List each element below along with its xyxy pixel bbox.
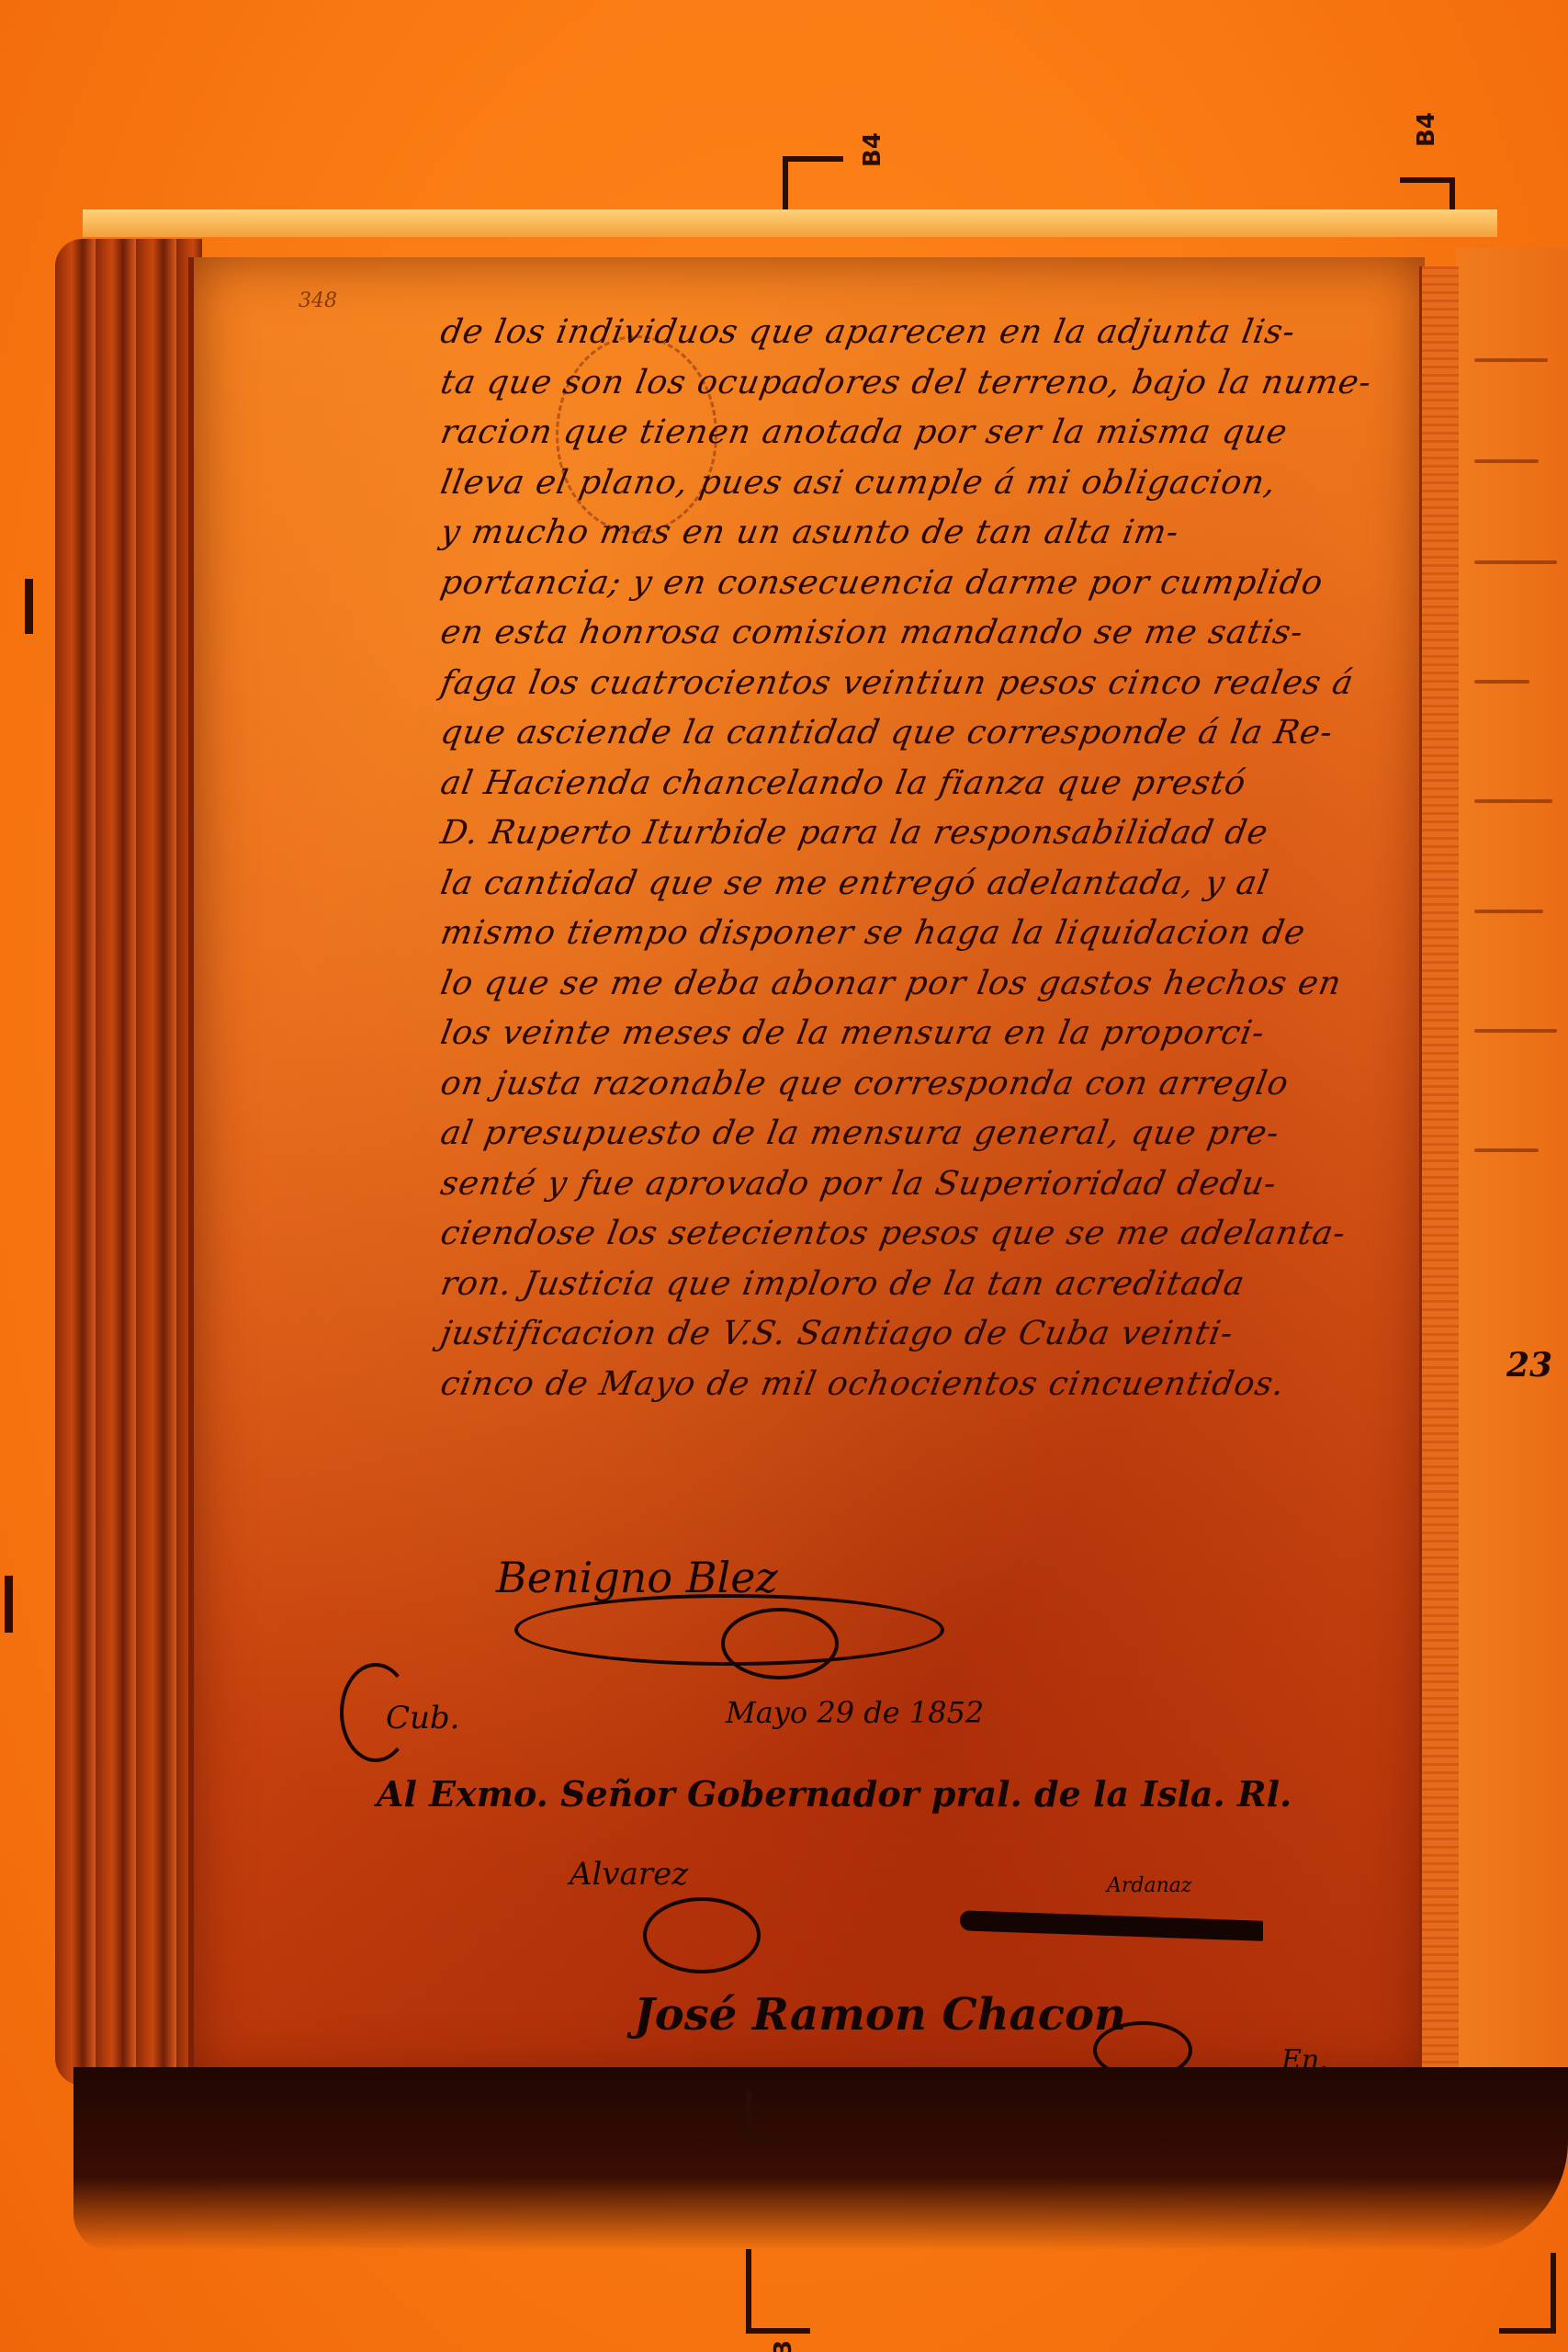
text-line: de los individuos que aparecen en la adj…: [225, 308, 1428, 358]
frame-label-top-right: B4: [1413, 112, 1440, 147]
text-line: en esta honrosa comision mandando se me …: [225, 608, 1428, 659]
text-line: justificacion de V.S. Santiago de Cuba v…: [225, 1309, 1428, 1360]
crop-mark-bottom-right-h: [1499, 2328, 1556, 2334]
signature-flourish-loop: [721, 1608, 839, 1679]
annotation-date: Mayo 29 de 1852: [726, 1695, 984, 1730]
book-spine: [55, 239, 202, 2086]
text-line: al presupuesto de la mensura general, qu…: [225, 1109, 1428, 1159]
frame-label-top-center: B4: [859, 132, 886, 167]
crop-mark-bottom-left-h: [746, 2328, 810, 2334]
book-top-edge: [83, 209, 1497, 237]
text-line: al Hacienda chancelando la fianza que pr…: [225, 759, 1428, 809]
text-line: que asciende la cantidad que corresponde…: [225, 708, 1428, 759]
crop-mark-left-upper: [25, 579, 33, 634]
text-line: lleva el plano, pues asi cumple á mi obl…: [225, 458, 1428, 509]
text-line: faga los cuatrocientos veintiun pesos ci…: [225, 659, 1428, 709]
book-shadow: [73, 2067, 1568, 2251]
text-line: mismo tiempo disponer se haga la liquida…: [225, 909, 1428, 959]
signature-chacon: José Ramon Chacon: [634, 1989, 1126, 2041]
text-line: lo que se me deba abonar por los gastos …: [225, 959, 1428, 1010]
alvarez-flourish: [643, 1897, 761, 1973]
signature-ardanaz: Ardanaz: [1107, 1874, 1191, 1897]
text-line: los veinte meses de la mensura en la pro…: [225, 1009, 1428, 1059]
text-line: cinco de Mayo de mil ochocientos cincuen…: [225, 1360, 1428, 1410]
text-line: la cantidad que se me entregó adelantada…: [225, 859, 1428, 910]
text-line: ta que son los ocupadores del terreno, b…: [225, 358, 1428, 409]
manuscript-body: de los individuos que aparecen en la adj…: [230, 308, 1424, 1409]
crop-mark-bottom-left: [746, 2249, 751, 2332]
frame-label-bottom: 3: [770, 2340, 797, 2352]
annotation-left-curl: [340, 1663, 412, 1762]
text-line: y mucho mas en un asunto de tan alta im-: [225, 508, 1428, 559]
text-line: ciendose los setecientos pesos que se me…: [225, 1209, 1428, 1260]
crop-mark-bottom-inner-left: [746, 2090, 751, 2141]
text-line: D. Ruperto Iturbide para la responsabili…: [225, 808, 1428, 859]
text-line: senté y fue aprovado por la Superioridad…: [225, 1159, 1428, 1210]
adjacent-page-number: 23: [1506, 1346, 1552, 1385]
crop-mark-bottom-inner-left-h: [746, 2136, 783, 2142]
crop-mark-left-lower: [5, 1576, 13, 1633]
adjacent-page: 23: [1456, 248, 1568, 2095]
text-line: on justa razonable que corresponda con a…: [225, 1059, 1428, 1110]
signature-alvarez: Alvarez: [570, 1856, 688, 1893]
text-line: portancia; y en consecuencia darme por c…: [225, 559, 1428, 609]
crop-mark-top-left-h: [783, 156, 843, 162]
text-line: ron. Justicia que imploro de la tan acre…: [225, 1260, 1428, 1310]
crop-mark-top-right-h: [1400, 177, 1455, 183]
text-line: racion que tienen anotada por ser la mis…: [225, 408, 1428, 458]
crop-mark-bottom-right: [1551, 2253, 1556, 2334]
annotation-line: Al Exmo. Señor Gobernador pral. de la Is…: [377, 1773, 1292, 1815]
